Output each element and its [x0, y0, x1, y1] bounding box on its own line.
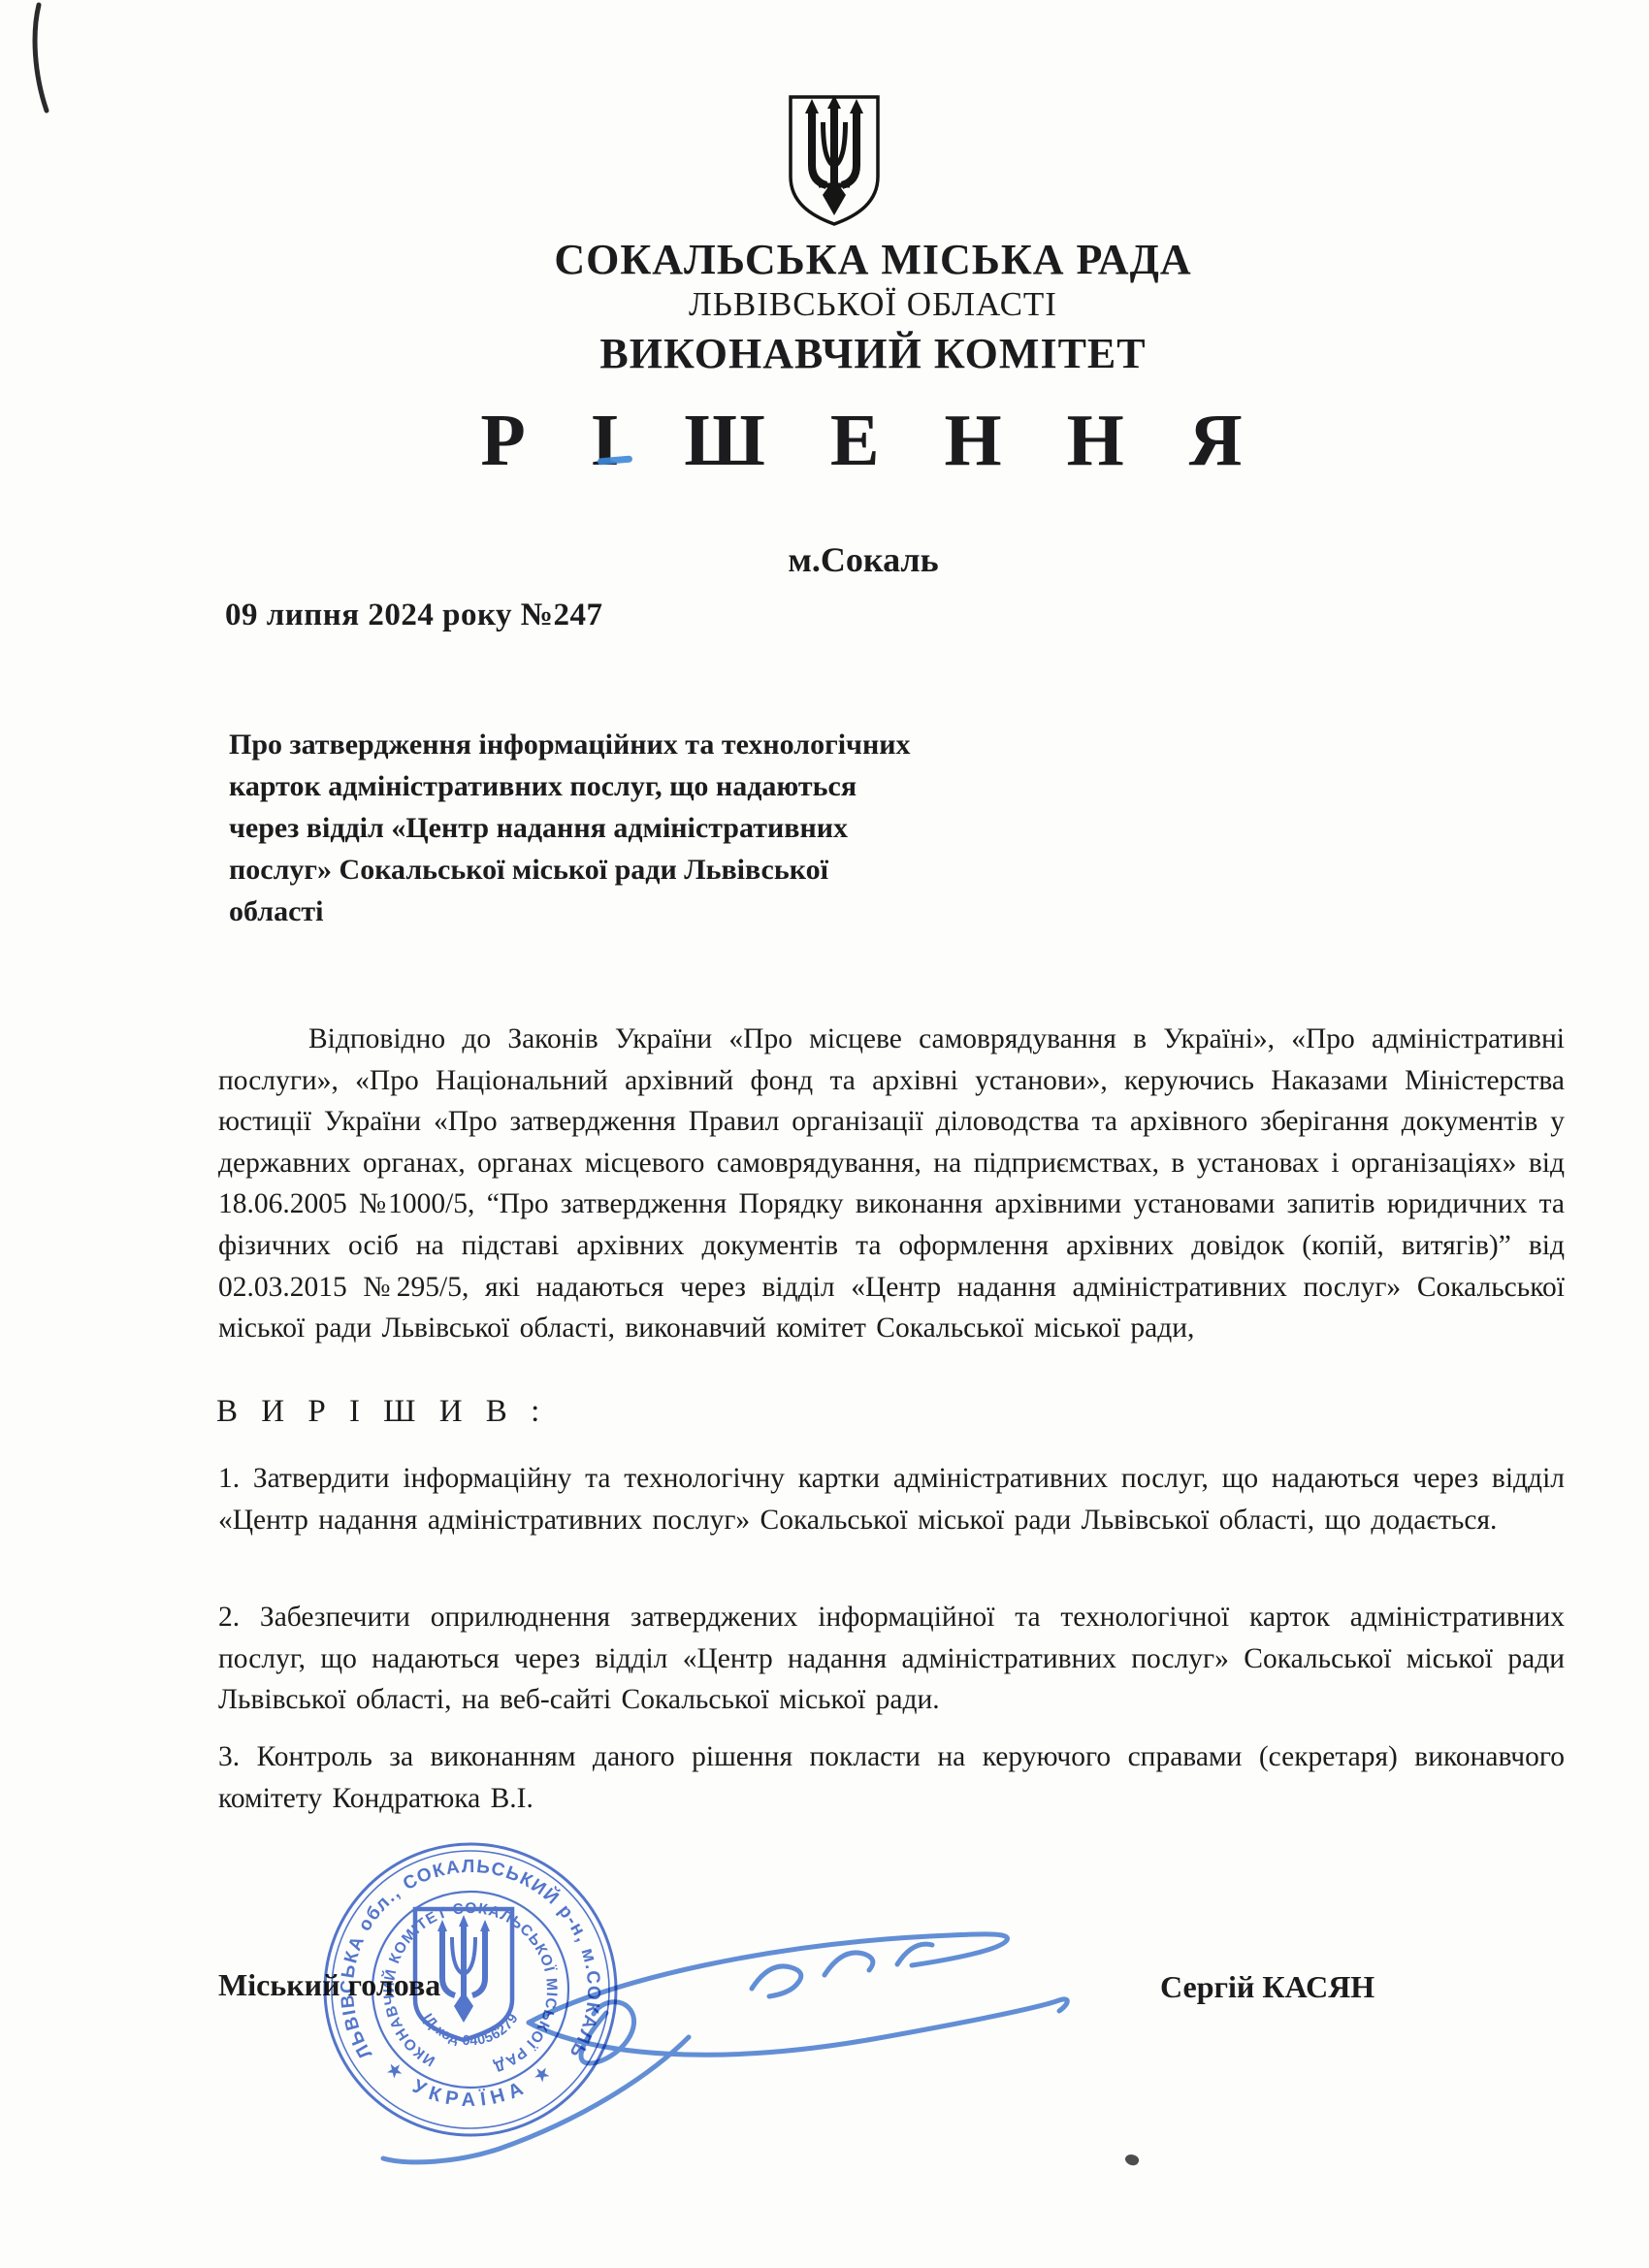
- handwritten-signature: [369, 1921, 1086, 2192]
- resolution-item-2: 2. Забезпечити оприлюднення затверджених…: [218, 1597, 1565, 1721]
- signer-name: Сергій КАСЯН: [1160, 1969, 1374, 2005]
- org-committee: ВИКОНАВЧИЙ КОМІТЕТ: [97, 329, 1649, 378]
- org-region: ЛЬВІВСЬКОЇ ОБЛАСТІ: [97, 285, 1649, 324]
- document-type-title: Р І Ш Е Н Н Я: [97, 399, 1649, 483]
- scan-pen-stroke-artifact: [25, 2, 68, 116]
- decision-document-page: СОКАЛЬСЬКА МІСЬКА РАДА ЛЬВІВСЬКОЇ ОБЛАСТ…: [0, 0, 1649, 2268]
- place-line: м.Сокаль: [78, 539, 1649, 580]
- date-number-line: 09 липня 2024 року №247: [225, 598, 602, 633]
- ink-speck-artifact: [1123, 2152, 1141, 2167]
- resolution-item-1: 1. Затвердити інформаційну та технологіч…: [218, 1458, 1565, 1540]
- org-name: СОКАЛЬСЬКА МІСЬКА РАДА: [97, 235, 1649, 284]
- subject-block: Про затвердження інформаційних та технол…: [229, 724, 914, 932]
- coat-of-arms-tryzub-icon: [784, 93, 885, 229]
- resolved-heading: В И Р І Ш И В :: [216, 1394, 547, 1430]
- preamble-paragraph: Відповідно до Законів України «Про місце…: [218, 1019, 1565, 1349]
- resolution-item-3: 3. Контроль за виконанням даного рішення…: [218, 1736, 1565, 1819]
